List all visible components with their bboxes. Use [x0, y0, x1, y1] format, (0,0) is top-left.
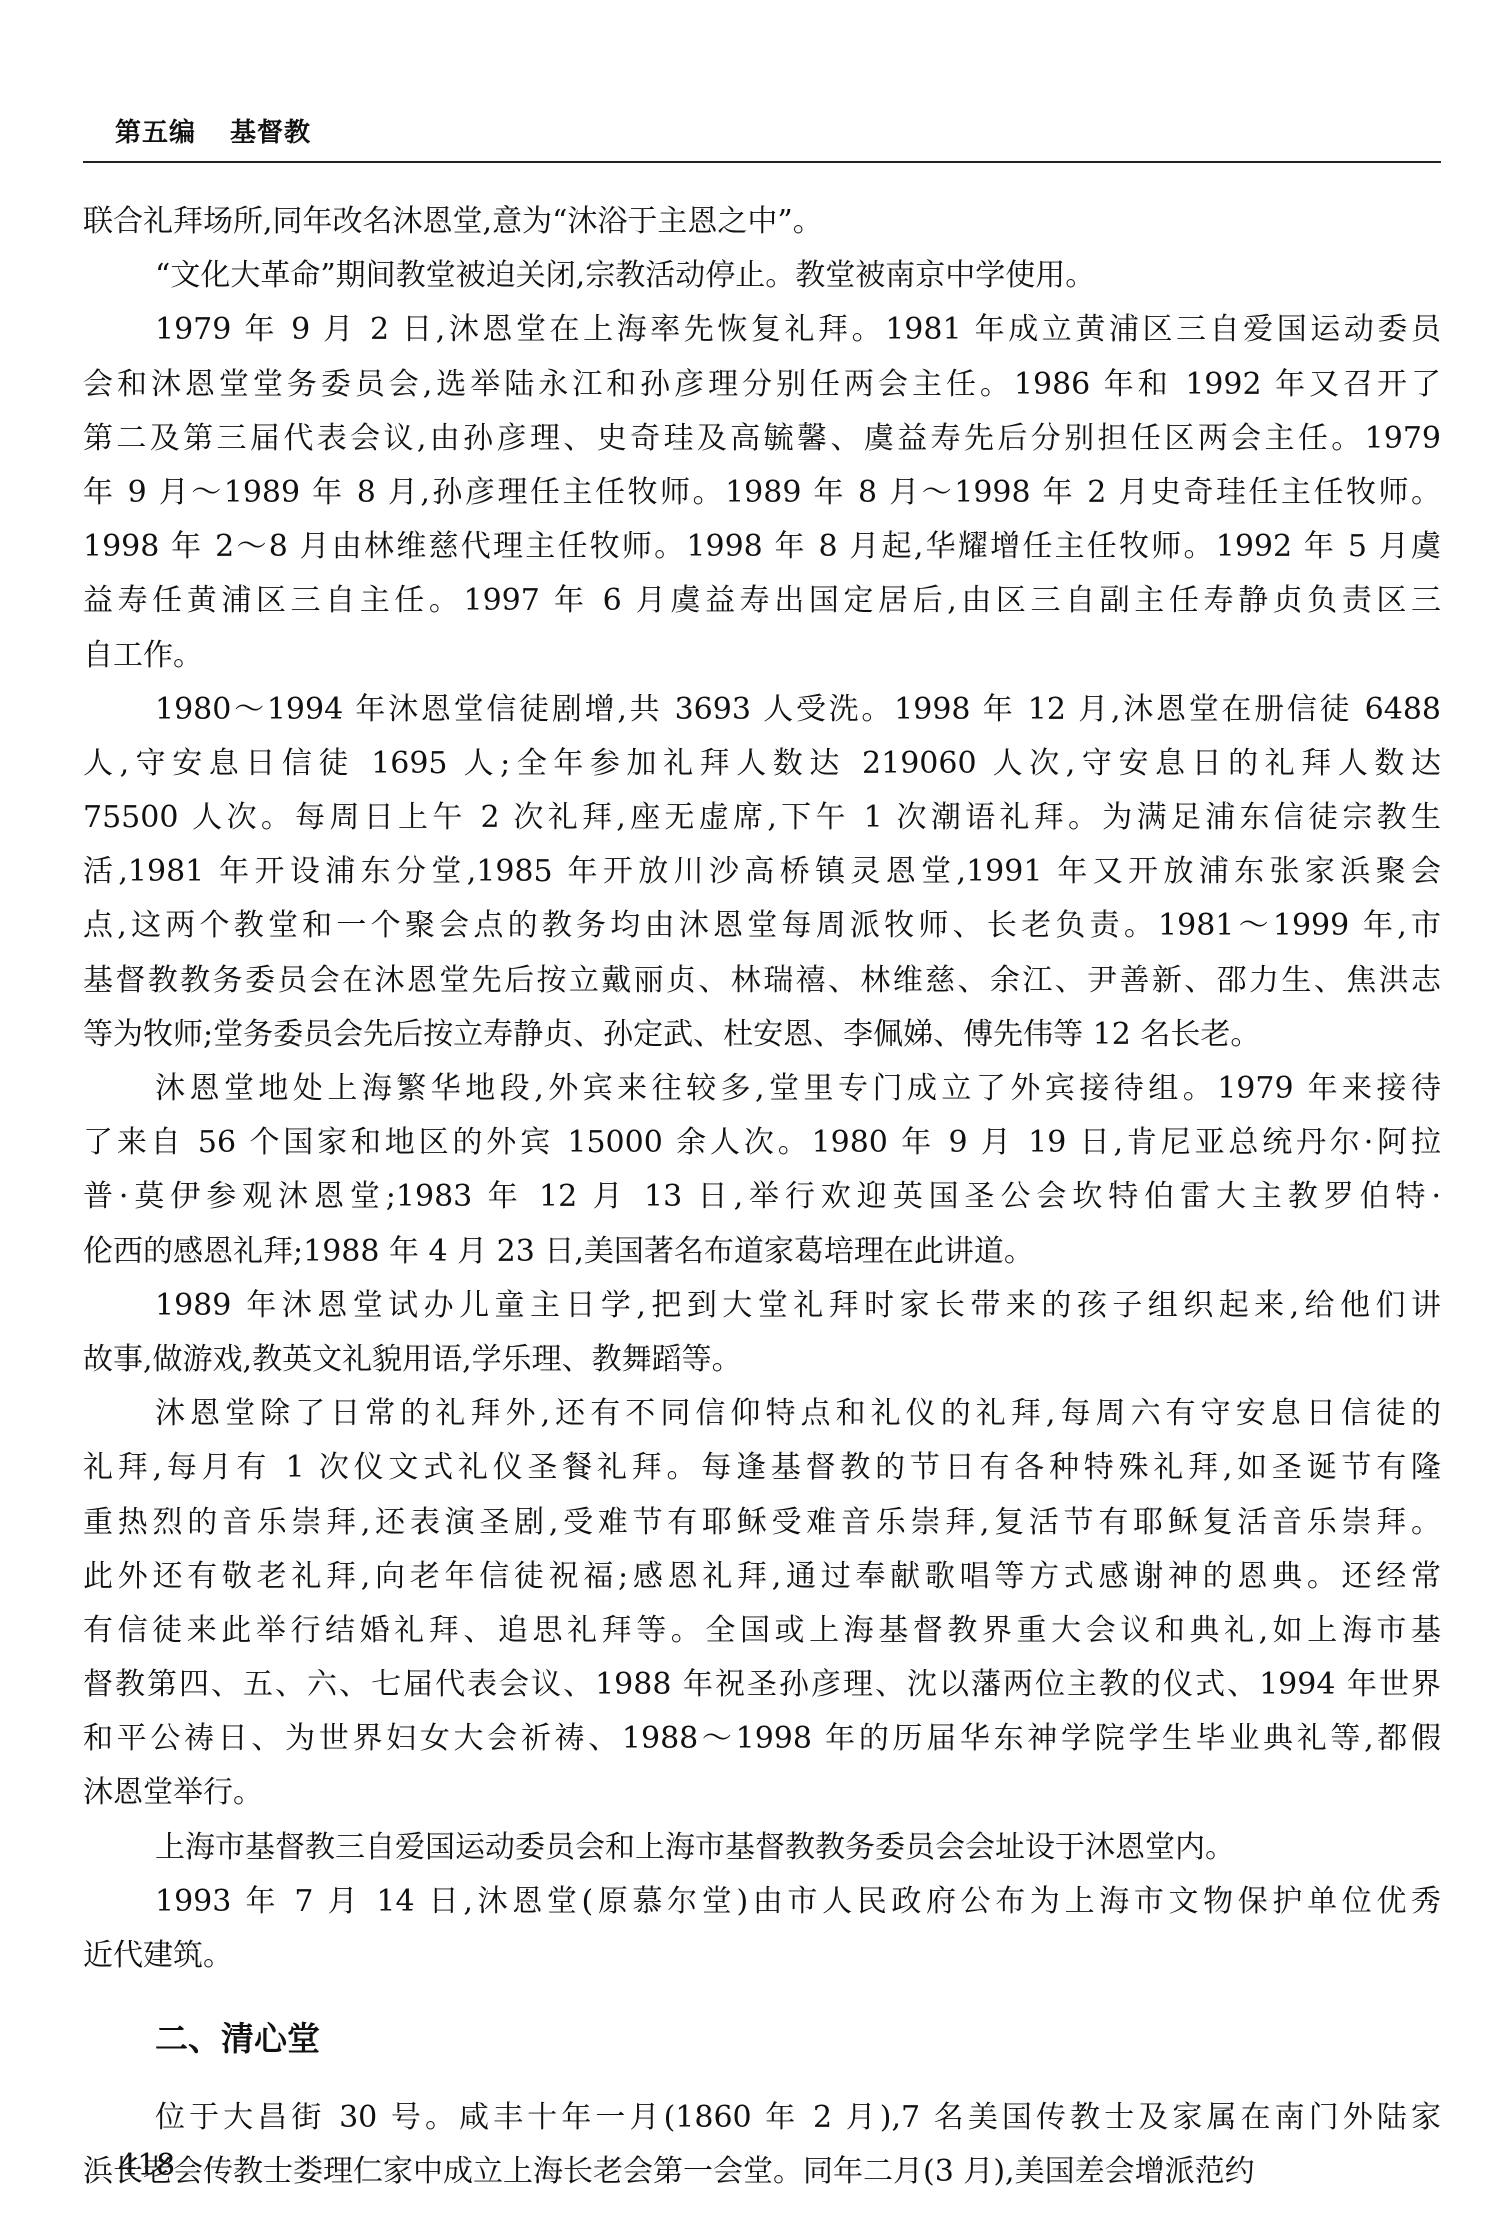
paragraph-line: 近代建筑。	[83, 1929, 1441, 1983]
paragraph-first-line: 1993 年 7 月 14 日,沐恩堂(原慕尔堂)由市人民政府公布为上海市文物保…	[83, 1875, 1441, 1929]
paragraph-line: 浜长老会传教士娄理仁家中成立上海长老会第一会堂。同年二月(3 月),美国差会增派…	[83, 2145, 1441, 2199]
page-number: 418	[118, 2148, 175, 2183]
paragraph-line: 活,1981 年开设浦东分堂,1985 年开放川沙高桥镇灵恩堂,1991 年又开…	[83, 845, 1441, 899]
paragraph-line: 会和沐恩堂堂务委员会,选举陆永江和孙彦理分别任两会主任。1986 年和 1992…	[83, 358, 1441, 412]
paragraph-line: 了来自 56 个国家和地区的外宾 15000 余人次。1980 年 9 月 19…	[83, 1116, 1441, 1170]
paragraph-line: 此外还有敬老礼拜,向老年信徒祝福;感恩礼拜,通过奉献歌唱等方式感谢神的恩典。还经…	[83, 1550, 1441, 1604]
header-rule	[83, 161, 1441, 163]
paragraph-line: 沐恩堂举行。	[83, 1766, 1441, 1820]
paragraph-line: 1998 年 2～8 月由林维慈代理主任牧师。1998 年 8 月起,华耀增任主…	[83, 520, 1441, 574]
running-head-part: 第五编	[115, 118, 196, 148]
paragraph-line: 基督教教务委员会在沐恩堂先后按立戴丽贞、林瑞禧、林维慈、余江、尹善新、邵力生、焦…	[83, 954, 1441, 1008]
running-head: 第五编基督教	[115, 112, 311, 149]
paragraph-line: 75500 人次。每周日上午 2 次礼拜,座无虚席,下午 1 次潮语礼拜。为满足…	[83, 791, 1441, 845]
body-text: 联合礼拜场所,同年改名沐恩堂,意为“沐浴于主恩之中”。“文化大革命”期间教堂被迫…	[83, 195, 1441, 2200]
paragraph-first-line: 1989 年沐恩堂试办儿童主日学,把到大堂礼拜时家长带来的孩子组织起来,给他们讲	[83, 1279, 1441, 1333]
paragraph-line: 督教第四、五、六、七届代表会议、1988 年祝圣孙彦理、沈以藩两位主教的仪式、1…	[83, 1658, 1441, 1712]
paragraph-line: 人,守安息日信徒 1695 人;全年参加礼拜人数达 219060 人次,守安息日…	[83, 737, 1441, 791]
paragraph-line: 等为牧师;堂务委员会先后按立寿静贞、孙定武、杜安恩、李佩娣、傅先伟等 12 名长…	[83, 1008, 1441, 1062]
paragraph-first-line: 沐恩堂除了日常的礼拜外,还有不同信仰特点和礼仪的礼拜,每周六有守安息日信徒的	[83, 1387, 1441, 1441]
paragraph-line: 年 9 月～1989 年 8 月,孙彦理任主任牧师。1989 年 8 月～199…	[83, 466, 1441, 520]
book-page: 第五编基督教 联合礼拜场所,同年改名沐恩堂,意为“沐浴于主恩之中”。“文化大革命…	[0, 0, 1500, 2231]
paragraph-line: 点,这两个教堂和一个聚会点的教务均由沐恩堂每周派牧师、长老负责。1981～199…	[83, 899, 1441, 953]
paragraph-first-line: 1980～1994 年沐恩堂信徒剧增,共 3693 人受洗。1998 年 12 …	[83, 683, 1441, 737]
paragraph-line: 故事,做游戏,教英文礼貌用语,学乐理、教舞蹈等。	[83, 1333, 1441, 1387]
paragraph-line: 伦西的感恩礼拜;1988 年 4 月 23 日,美国著名布道家葛培理在此讲道。	[83, 1225, 1441, 1279]
paragraph-line: 益寿任黄浦区三自主任。1997 年 6 月虞益寿出国定居后,由区三自副主任寿静贞…	[83, 574, 1441, 628]
paragraph-line: 和平公祷日、为世界妇女大会祈祷、1988～1998 年的历届华东神学院学生毕业典…	[83, 1712, 1441, 1766]
section-heading: 二、清心堂	[83, 1983, 1441, 2091]
paragraph-first-line: “文化大革命”期间教堂被迫关闭,宗教活动停止。教堂被南京中学使用。	[83, 249, 1441, 303]
paragraph-line: 重热烈的音乐崇拜,还表演圣剧,受难节有耶稣受难音乐崇拜,复活节有耶稣复活音乐崇拜…	[83, 1496, 1441, 1550]
running-head-title: 基督教	[230, 118, 311, 148]
paragraph-first-line: 沐恩堂地处上海繁华地段,外宾来往较多,堂里专门成立了外宾接待组。1979 年来接…	[83, 1062, 1441, 1116]
paragraph-line: 有信徒来此举行结婚礼拜、追思礼拜等。全国或上海基督教界重大会议和典礼,如上海市基	[83, 1604, 1441, 1658]
paragraph-line: 第二及第三届代表会议,由孙彦理、史奇珪及高毓馨、虞益寿先后分别担任区两会主任。1…	[83, 412, 1441, 466]
paragraph-line: 自工作。	[83, 629, 1441, 683]
paragraph-line: 礼拜,每月有 1 次仪文式礼仪圣餐礼拜。每逢基督教的节日有各种特殊礼拜,如圣诞节…	[83, 1441, 1441, 1495]
paragraph-first-line: 联合礼拜场所,同年改名沐恩堂,意为“沐浴于主恩之中”。	[83, 195, 1441, 249]
paragraph-first-line: 位于大昌街 30 号。咸丰十年一月(1860 年 2 月),7 名美国传教士及家…	[83, 2091, 1441, 2145]
paragraph-line: 普·莫伊参观沐恩堂;1983 年 12 月 13 日,举行欢迎英国圣公会坎特伯雷…	[83, 1170, 1441, 1224]
paragraph-first-line: 上海市基督教三自爱国运动委员会和上海市基督教教务委员会会址设于沐恩堂内。	[83, 1821, 1441, 1875]
paragraph-first-line: 1979 年 9 月 2 日,沐恩堂在上海率先恢复礼拜。1981 年成立黄浦区三…	[83, 303, 1441, 357]
